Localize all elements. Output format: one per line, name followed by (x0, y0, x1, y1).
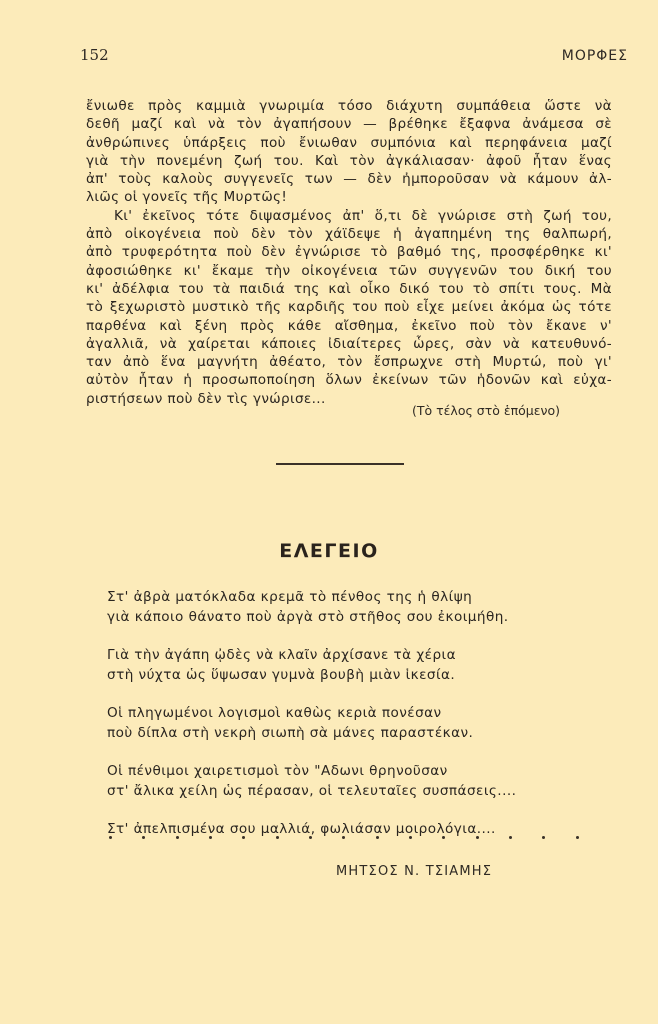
ellipsis-dot (209, 836, 212, 839)
ellipsis-dot (542, 836, 545, 839)
section-divider (276, 463, 404, 465)
ellipsis-dot (309, 836, 312, 839)
poem-title: ΕΛΕΓΕΙΟ (0, 540, 658, 562)
ellipsis-dot (576, 836, 579, 839)
poem-stanza: Στ' ἀβρὰ ματόκλαδα κρεμᾶ τὸ πένθος της ἡ… (107, 587, 587, 627)
ellipsis-dot (442, 836, 445, 839)
prose-line: δεθῆ μαζί καὶ νὰ τὸν ἀγαπήσουν — βρέθηκε… (86, 115, 612, 133)
ellipsis-dot (342, 836, 345, 839)
prose-line: ἀπὸ οἰκογένεια ποὺ δὲν τὸν χάϊδεψε ἡ ἀγα… (86, 225, 612, 243)
ellipsis-dot (109, 836, 112, 839)
ellipsis-dot (409, 836, 412, 839)
prose-line: ἀφοσιώθηκε κι' ἔκαμε τὴν οἰκογένεια τῶν … (86, 262, 612, 280)
ellipsis-dot (242, 836, 245, 839)
poem-verse: ποὺ δίπλα στὴ νεκρὴ σιωπὴ σὰ μάνες παρασ… (107, 723, 587, 743)
poem-verse: Οἱ πληγωμένοι λογισμοὶ καθὼς κεριὰ πονέσ… (107, 703, 587, 723)
author-signature: ΜΗΤΣΟΣ Ν. ΤΣΙΑΜΗΣ (336, 864, 492, 879)
prose-body: ἔνιωθε πρὸς καμμιὰ γνωριμία τόσο διάχυτη… (86, 97, 612, 408)
prose-line: αὐτὸν ἦταν ἡ προσωποποίηση ὅλων ἐκείνων … (86, 371, 612, 389)
poem-stanza: Οἱ πληγωμένοι λογισμοὶ καθὼς κεριὰ πονέσ… (107, 703, 587, 743)
poem-verse: Γιὰ τὴν ἀγάπη ᾠδὲς νὰ κλαῖν ἀρχίσανε τὰ … (107, 645, 587, 665)
prose-line: ταν ἀπὸ ἕνα μαγνήτη ἀθέατο, τὸν ἔσπρωχνε… (86, 353, 612, 371)
running-head: ΜΟΡΦΕΣ (562, 48, 628, 64)
prose-line: τὸ ξεχωριστὸ μυστικὸ τῆς καρδιῆς του ποὺ… (86, 298, 612, 316)
prose-line: παρθένα καὶ ξένη πρὸς κάθε αἴσθημα, ἐκεῖ… (86, 317, 612, 335)
ellipsis-dot (176, 836, 179, 839)
prose-line: λιῶς οἱ γονεῖς τῆς Μυρτῶς! (86, 188, 612, 206)
poem-stanza: Οἱ πένθιμοι χαιρετισμοὶ τὸν "Αδωνι θρηνο… (107, 761, 587, 801)
poem-stanza: Γιὰ τὴν ἀγάπη ᾠδὲς νὰ κλαῖν ἀρχίσανε τὰ … (107, 645, 587, 685)
poem-verse: γιὰ κάποιο θάνατο ποὺ ἀργὰ στὸ στῆθος σο… (107, 607, 587, 627)
poem-verse: στ' ἄλικα χείλη ὡς πέρασαν, οἱ τελευταῖε… (107, 781, 587, 801)
prose-line: ἀγαλλιᾶ, νὰ χαίρεται κάποιες ἰδιαίτερες … (86, 335, 612, 353)
poem-body: Στ' ἀβρὰ ματόκλαδα κρεμᾶ τὸ πένθος της ἡ… (107, 587, 587, 857)
continued-note: (Τὸ τέλος στὸ ἑπόμενο) (412, 403, 560, 418)
prose-line: κι' ἀδέλφια του τὰ παιδιά της καὶ οἶκο δ… (86, 280, 612, 298)
prose-line: ἀνθρώπινες ὑπάρξεις ποὺ ἔνιωθαν συμπόνια… (86, 134, 612, 152)
prose-line: Κι' ἐκεῖνος τότε διψασμένος ἀπ' ὅ,τι δὲ … (86, 207, 612, 225)
prose-line: ἀπὸ τρυφερότητα ποὺ δὲν ἐγνώρισε τὸ βαθμ… (86, 243, 612, 261)
poem-verse: Οἱ πένθιμοι χαιρετισμοὶ τὸν "Αδωνι θρηνο… (107, 761, 587, 781)
prose-line: γιὰ τὴν πονεμένη ζωή του. Καὶ τὸν ἀγκάλι… (86, 152, 612, 170)
ellipsis-dots (109, 836, 579, 839)
poem-verse: Στ' ἀβρὰ ματόκλαδα κρεμᾶ τὸ πένθος της ἡ… (107, 587, 587, 607)
prose-line: ἀπ' τοὺς καλοὺς συγγενεῖς των — δὲν ἠμπο… (86, 170, 612, 188)
ellipsis-dot (142, 836, 145, 839)
prose-line: ἔνιωθε πρὸς καμμιὰ γνωριμία τόσο διάχυτη… (86, 97, 612, 115)
poem-verse: στὴ νύχτα ὡς ὕψωσαν γυμνὰ βουβὴ μιὰν ἱκε… (107, 665, 587, 685)
ellipsis-dot (476, 836, 479, 839)
ellipsis-dot (376, 836, 379, 839)
ellipsis-dot (509, 836, 512, 839)
ellipsis-dot (276, 836, 279, 839)
page-number: 152 (80, 46, 109, 64)
